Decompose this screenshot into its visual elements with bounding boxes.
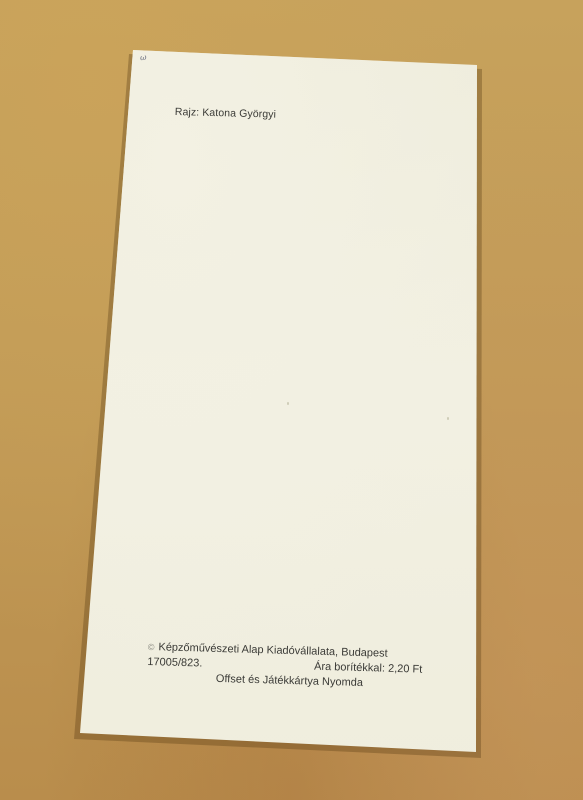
copyright-symbol: ©	[148, 642, 155, 652]
paper-speck	[447, 417, 449, 420]
pencil-mark: ω	[139, 53, 147, 63]
printed-card: ω Rajz: Katona Györgyi ©Képzőművészeti A…	[0, 0, 583, 800]
illustrator-credit: Rajz: Katona Györgyi	[175, 106, 276, 121]
catalog-number: 17005/823.	[147, 655, 202, 672]
paper-speck	[287, 402, 289, 405]
publisher-imprint: ©Képzőművészeti Alap Kiadóvállalata, Bud…	[147, 640, 423, 693]
